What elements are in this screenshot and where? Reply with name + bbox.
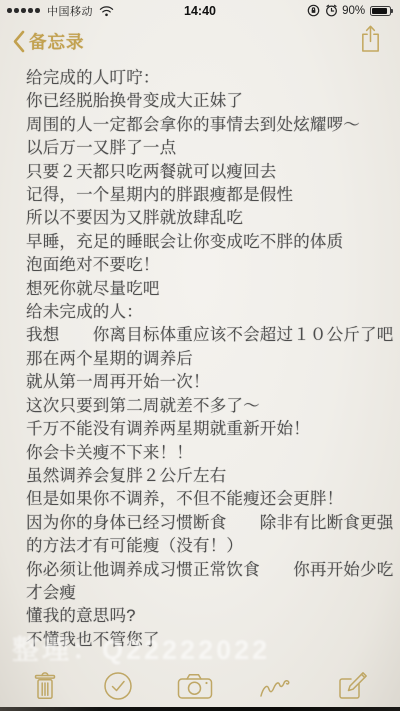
- note-line: 给完成的人叮咛：: [26, 67, 380, 90]
- check-circle-icon: [103, 671, 133, 701]
- battery-percent-label: 90%: [342, 5, 365, 17]
- note-line: 就从第一周再开始一次！: [26, 371, 380, 394]
- battery-icon: [370, 6, 393, 16]
- share-icon: [359, 24, 382, 54]
- note-line: 周围的人一定都会拿你的事情去到处炫耀啰～: [26, 114, 380, 137]
- delete-note-button[interactable]: [32, 671, 58, 701]
- share-button[interactable]: [353, 22, 388, 61]
- compose-icon: [337, 671, 368, 701]
- photo-bottom-edge: [0, 707, 400, 711]
- status-bar: 中国移动 14:40 90%: [0, 0, 400, 21]
- note-line: 懂我的意思吗?: [26, 605, 380, 628]
- note-line: 泡面绝对不要吃！: [26, 254, 380, 277]
- wifi-icon: [99, 5, 114, 17]
- note-line: 因为你的身体已经习惯断食 除非有比断食更强: [26, 512, 380, 535]
- status-right: 90%: [307, 4, 393, 17]
- note-line: 你已经脱胎换骨变成大正妹了: [26, 90, 380, 113]
- note-line: 以后万一又胖了一点: [26, 137, 380, 160]
- alarm-clock-icon: [325, 4, 338, 17]
- note-line: 的方法才有可能瘦（没有！）: [26, 535, 380, 558]
- note-line: 只要２天都只吃两餐就可以瘦回去: [26, 161, 380, 184]
- note-editor[interactable]: 给完成的人叮咛： 你已经脱胎换骨变成大正妹了 周围的人一定都会拿你的事情去到处炫…: [0, 62, 400, 665]
- compose-button[interactable]: [337, 671, 368, 701]
- carrier-label: 中国移动: [47, 3, 93, 19]
- note-line: 这次只要到第二周就差不多了～: [26, 395, 380, 418]
- note-line: 我想 你离目标体重应该不会超过１０公斤了吧: [26, 324, 380, 347]
- rotation-lock-icon: [307, 4, 320, 17]
- status-left: 中国移动: [7, 3, 114, 19]
- note-line: 给未完成的人：: [26, 301, 380, 324]
- camera-button[interactable]: [177, 672, 213, 700]
- note-line: 你必须让他调养成习惯正常饮食 你再开始少吃: [26, 559, 380, 582]
- back-button-label: 备忘录: [29, 29, 85, 54]
- checklist-button[interactable]: [103, 671, 133, 701]
- bottom-toolbar: [0, 665, 400, 707]
- notes-app-screen: 中国移动 14:40 90%: [0, 0, 400, 711]
- note-line: 千万不能没有调养两星期就重新开始！: [26, 418, 380, 441]
- scribble-icon: [258, 671, 292, 701]
- note-line: 早睡，充足的睡眠会让你变成吃不胖的体质: [26, 231, 380, 254]
- note-line: 虽然调养会复胖２公斤左右: [26, 465, 380, 488]
- note-line: 记得，一个星期内的胖跟瘦都是假性: [26, 184, 380, 207]
- trash-icon: [32, 671, 58, 701]
- note-line: 才会瘦: [26, 582, 380, 605]
- nav-bar: 备忘录: [0, 21, 400, 62]
- back-button[interactable]: 备忘录: [12, 29, 85, 54]
- note-line: 那在两个星期的调养后: [26, 348, 380, 371]
- note-line: 你会卡关瘦不下来！！: [26, 442, 380, 465]
- note-line: 想死你就尽量吃吧: [26, 278, 380, 301]
- signal-strength-icon: [7, 8, 40, 13]
- note-text: 给完成的人叮咛： 你已经脱胎换骨变成大正妹了 周围的人一定都会拿你的事情去到处炫…: [26, 67, 380, 652]
- camera-icon: [177, 672, 213, 700]
- sketch-button[interactable]: [258, 671, 292, 701]
- note-line: 不懂我也不管您了: [26, 629, 380, 652]
- chevron-left-icon: [12, 30, 25, 53]
- note-line: 但是如果你不调养，不但不能瘦还会更胖！: [26, 488, 380, 511]
- note-line: 所以不要因为又胖就放肆乱吃: [26, 207, 380, 230]
